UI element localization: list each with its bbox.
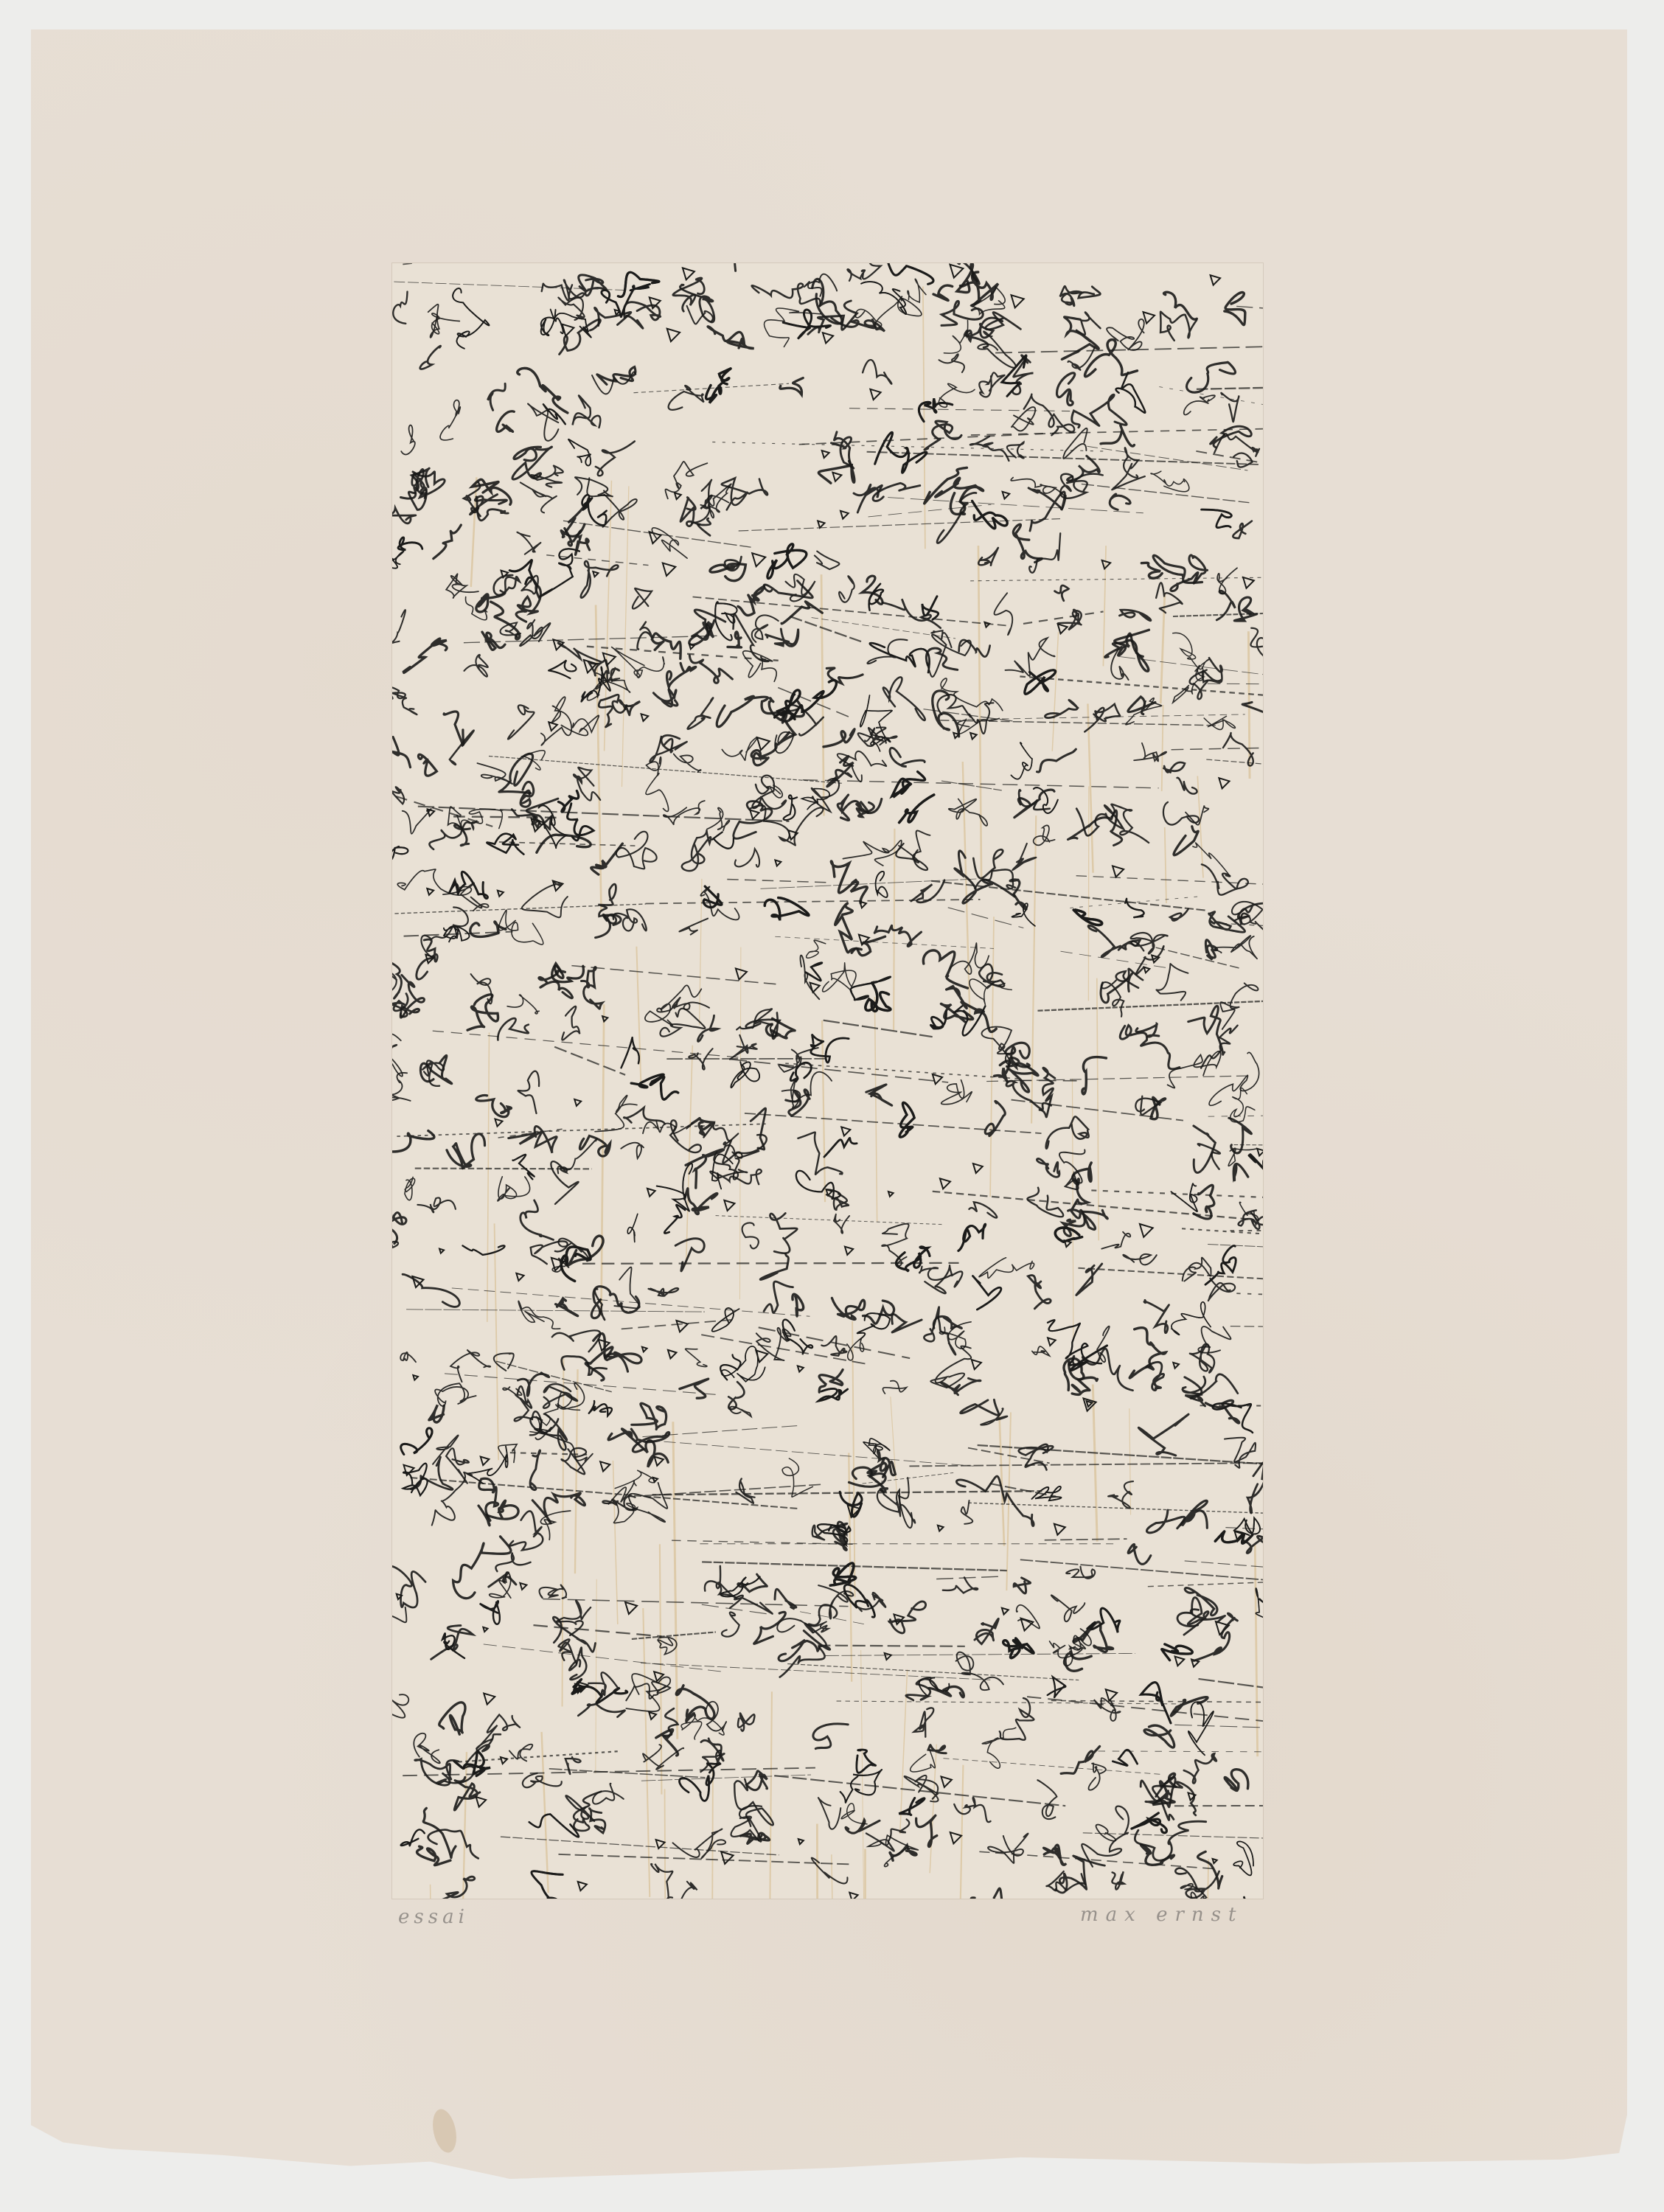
- pencil-signature: max ernst: [1080, 1904, 1243, 1926]
- etched-plate: [392, 263, 1263, 1899]
- pencil-inscription-essai: essai: [398, 1906, 469, 1928]
- scribble-marks: [392, 263, 1263, 1899]
